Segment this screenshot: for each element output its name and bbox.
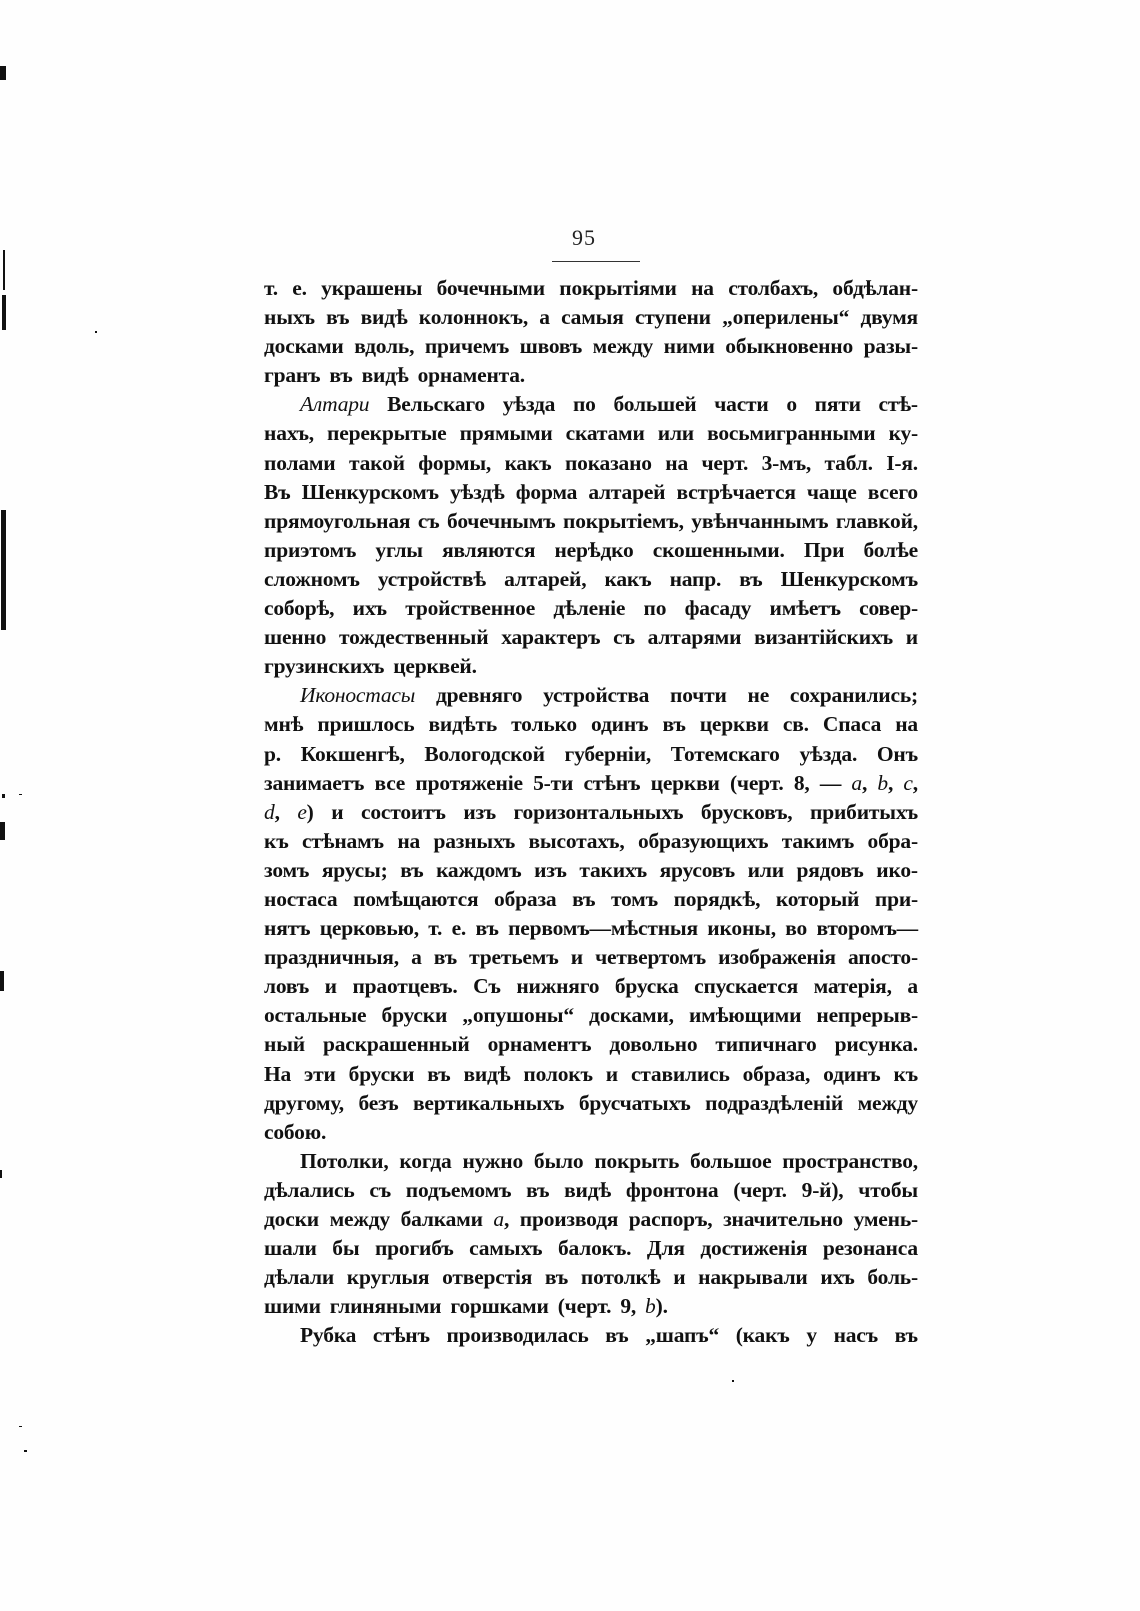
word: шими [264,1292,321,1321]
word: Иконостасы [300,681,415,710]
word: зомъ [264,856,309,885]
word: Шенкурскомъ [781,565,918,594]
word: вдоль, [354,332,414,361]
word: алтарей, [504,565,586,594]
word: соборѣ, [264,594,334,623]
word: матерія, [814,972,892,1001]
word: круглыя [347,1263,430,1292]
word: къ [893,1060,918,1089]
word: украшены [321,274,422,303]
word: характеръ [501,623,600,652]
text-line: Потолки,когданужнобылопокрытьбольшоепрос… [264,1147,918,1176]
text-line: ностасапомѣщаютсяобразавътомъпорядкѣ,кот… [264,885,918,914]
text-line: мнѣпришлосьвидѣтьтолькоодинъвъцерквисв.С… [264,710,918,739]
word: доски [264,1205,319,1234]
word: а [907,972,918,1001]
word: съ [613,623,635,652]
word: Кокшенгѣ, [301,740,405,769]
word: накрывали [698,1263,807,1292]
word: помѣщаются [353,885,478,914]
word: съ [418,507,440,536]
word: апосто- [848,943,918,972]
word: праотцевъ. [352,972,457,1001]
word: имѣетъ [770,594,841,623]
word: церковью, [320,914,419,943]
word: тройственное [405,594,535,623]
word: е. [452,914,467,943]
word: видѣ [564,1176,611,1205]
word: по [573,390,596,419]
text-line: гранъвъвидѣорнамента. [264,361,918,390]
word: I-я. [886,449,918,478]
word: который [776,885,859,914]
word: орнаментъ [488,1030,592,1059]
word: Вельскаго [387,390,485,419]
word: прямыми [460,419,553,448]
word: было [534,1147,584,1176]
text-line: занимаетъвсепротяженіе5-тистѣнъцеркви(че… [264,769,918,798]
word: 8, [794,769,810,798]
word: ихъ [353,594,387,623]
word: видѣ [362,361,409,390]
word: занимаетъ [264,769,364,798]
word: въ [427,1060,450,1089]
scan-artifact [0,1170,2,1178]
text-line: шимиглинянымигоршками(черт.9,b). [264,1292,918,1321]
word: одинъ [591,710,648,739]
text-line: грузинскихъцерквей. [264,652,918,681]
word: досками, [589,1001,674,1030]
word: е. [292,274,307,303]
word: распоръ, [629,1205,713,1234]
word: второмъ— [816,914,917,943]
word: орнамента. [418,361,525,390]
text-line: шалибыпрогибъсамыхъбалокъ.Длядостиженіяр… [264,1234,918,1263]
word: въ [605,1321,628,1350]
scan-artifact [19,794,22,795]
word: видѣ [361,303,408,332]
word: почти [670,681,727,710]
word: сохранились; [790,681,918,710]
word: въ [400,856,423,885]
word: въ [662,710,685,739]
word: покрытіями [559,274,676,303]
text-line: d,e)исостоитъизъгоризонтальныхъбрусковъ,… [264,798,918,827]
word: въ [545,1263,568,1292]
word: Спаса [823,710,881,739]
word: алтарями [648,623,742,652]
word: „шапъ“ [645,1321,719,1350]
word: изъ [463,798,496,827]
word: стѣ- [879,390,918,419]
word: приэтомъ [264,536,356,565]
word: такихъ [579,856,647,885]
word: дѣлали [264,1263,334,1292]
word: или [748,856,784,885]
word: ловъ [264,972,309,1001]
word: а [539,303,550,332]
word: обра- [868,827,918,856]
text-line: приэтомъуглыявляютсянерѣдкоскошенными.Пр… [264,536,918,565]
text-line: Наэтибрускивъвидѣполокъиставилисьобраза,… [264,1060,918,1089]
word: На [264,1060,291,1089]
word: 3-мъ, [762,449,811,478]
word: самыя [561,303,624,332]
word: d, [264,798,280,827]
word: довольно [609,1030,697,1059]
word: 9, [620,1292,636,1321]
word: первомъ—мѣстныя [508,914,698,943]
scan-artifact [0,971,4,991]
text-line: доскимеждубалкамиa,производяраспоръ,знач… [264,1205,918,1234]
word: на [691,274,714,303]
word: ихъ [820,1263,854,1292]
word: разы- [864,332,918,361]
text-line: Иконостасыдревнягоустройствапочтинесохра… [264,681,918,710]
word: потолкѣ [581,1263,661,1292]
word: скошенными. [653,536,785,565]
word: „оперилены“ [722,303,849,332]
word: а [411,943,422,972]
word: такимъ [782,827,854,856]
word: имѣющими [689,1001,801,1030]
word: a, [493,1205,509,1234]
word: и [571,943,583,972]
scan-artifact [732,1380,734,1382]
word: видѣть [429,710,498,739]
word: остальные [264,1001,366,1030]
word: Рубка [300,1321,356,1350]
word: производя [520,1205,618,1234]
word: въ [326,303,349,332]
text-line: нахъ,перекрытыепрямымискатамииливосьмигр… [264,419,918,448]
word: по [644,594,667,623]
word: церквей. [393,652,477,681]
scan-artifact [24,1450,27,1452]
word: увѣнчаннымъ [691,507,828,536]
word: покрытіемъ, [563,507,684,536]
word: Тотемскаго [671,740,780,769]
word: иконы, [707,914,776,943]
word: р. [264,740,281,769]
text-line: ныйраскрашенныйорнаментъдовольнотипичнаг… [264,1030,918,1059]
word: 9-й), [802,1176,844,1205]
word: швовъ [520,332,582,361]
word: углы [375,536,422,565]
word: разныхъ [433,827,515,856]
word: значительно [723,1205,843,1234]
word: главкой, [836,507,918,536]
word: ними [664,332,715,361]
word: ностаса [264,885,337,914]
word: раскрашенный [323,1030,470,1059]
text-line: ныхъвъвидѣколоннокъ,асамыяступени„оперил… [264,303,918,332]
word: (черт. [733,1176,787,1205]
word: ныхъ [264,303,315,332]
word: тождественный [339,623,488,652]
word: и [906,623,918,652]
word: черт. [702,449,749,478]
word: безъ [358,1089,398,1118]
word: рисунка. [835,1030,918,1059]
word: насъ [834,1321,878,1350]
text-line: т.е.украшеныбочечнымипокрытіяминастолбах… [264,274,918,303]
word: уѣзда [503,390,556,419]
word: во [785,914,807,943]
word: достиженія [700,1234,807,1263]
text-line: собою. [264,1118,918,1147]
word: церкви [700,710,769,739]
word: устройства [543,681,649,710]
word: показано [565,449,652,478]
word: восьмигранными [707,419,875,448]
word: ставились [631,1060,730,1089]
word: нятъ [264,914,310,943]
word: встрѣчается [676,478,795,507]
word: шали [264,1234,317,1263]
word: въ [475,914,498,943]
word: на [665,449,688,478]
word: являются [442,536,535,565]
text-line: другому,безъвертикальныхъбрусчатыхъподра… [264,1089,918,1118]
word: мнѣ [264,710,303,739]
word: Алтари [300,390,369,419]
word: между [858,1089,918,1118]
page-number: 95 [572,225,596,251]
word: всего [868,478,918,507]
word: ико- [876,856,918,885]
text-line: дѣлалисьсъподъемомъвъвидѣфронтона(черт.9… [264,1176,918,1205]
word: балокъ. [558,1234,631,1263]
word: Потолки, [300,1147,389,1176]
word: ступени [635,303,711,332]
word: — [820,769,841,798]
word: стѣнъ [583,769,640,798]
word: большое [690,1147,771,1176]
word: вертикальныхъ [413,1089,564,1118]
word: спускается [694,972,798,1001]
word: на [895,710,918,739]
word: въ [526,1176,549,1205]
word: въ [895,1321,918,1350]
word: Вологодской [424,740,544,769]
text-line: ловъипраотцевъ.Сънижнягобрускаспускается… [264,972,918,1001]
text-line: соборѣ,ихътройственноедѣленіепофасадуимѣ… [264,594,918,623]
word: болѣе [864,536,918,565]
word: производилась [446,1321,588,1350]
word: скатами [566,419,645,448]
word: уѣзда. [799,740,857,769]
word: прибитыхъ [810,798,918,827]
word: томъ [611,885,658,914]
word: т. [264,274,278,303]
word: рядовъ [797,856,864,885]
word: бруска [615,972,679,1001]
word: дѣленіе [553,594,625,623]
text-line: сложномъустройствѣалтарей,какънапр.въШен… [264,565,918,594]
word: форма [516,478,578,507]
word: такой [349,449,405,478]
word: устройствѣ [378,565,486,594]
word: формы, [418,449,491,478]
word: a, [851,769,867,798]
word: изъ [534,856,567,885]
word: и [331,798,343,827]
word: изображенія [718,943,836,972]
word: обыкновенно [725,332,853,361]
word: фронтона [626,1176,719,1205]
text-line: доскамивдоль,причемъшвовъмеждунимиобыкно… [264,332,918,361]
word: e) [297,798,313,827]
page-number-rule [552,261,640,262]
word: каждомъ [436,856,521,885]
word: досками [264,332,344,361]
word: двумя [860,303,918,332]
word: въ [572,885,595,914]
word: съ [369,1176,391,1205]
text-line: поламитакойформы,какъпоказаноначерт.3-мъ… [264,449,918,478]
word: бочечными [437,274,545,303]
text-line: зомъярусы;въкаждомъизътакихъярусовъилиря… [264,856,918,885]
word: сложномъ [264,565,360,594]
text-line: прямоугольнаясъбочечнымъпокрытіемъ,увѣнч… [264,507,918,536]
text-line: остальныебруски„опушоны“досками,имѣющими… [264,1001,918,1030]
word: на [397,827,420,856]
text-line: АлтариВельскагоуѣздапобольшейчастиопятис… [264,390,918,419]
text-line: нятъцерковью,т.е.въпервомъ—мѣстныяиконы,… [264,914,918,943]
scan-artifact [95,331,97,333]
word: только [511,710,577,739]
word: ку- [889,419,918,448]
word: нужно [462,1147,523,1176]
word: пришлось [317,710,414,739]
word: колоннокъ, [419,303,528,332]
word: и [325,972,337,1001]
word: покрыть [594,1147,679,1176]
word: пяти [815,390,861,419]
word: образующихъ [638,827,768,856]
word: полокъ [523,1060,592,1089]
word: столбахъ, [728,274,818,303]
word: „опушоны“ [462,1001,574,1030]
scan-artifact [1,510,6,630]
word: фасаду [685,594,752,623]
word: бы [332,1234,359,1263]
scan-artifact [2,794,5,798]
word: Шенкурскомъ [302,478,439,507]
word: Онъ [877,740,918,769]
word: св. [783,710,809,739]
word: шенно [264,623,326,652]
text-line: р.Кокшенгѣ,Вологодскойгуберніи,Тотемскаг… [264,740,918,769]
word: Для [647,1234,685,1263]
word: обдѣлан- [832,274,918,303]
word: состоитъ [361,798,446,827]
word: въ [739,565,762,594]
word: При [804,536,844,565]
word: при- [875,885,918,914]
word: типичнаго [715,1030,816,1059]
word: нахъ, [264,419,314,448]
word: балками [401,1205,483,1234]
scan-artifact [0,66,6,80]
scanned-page: 95 т.е.украшеныбочечнымипокрытіяминастол… [0,0,1140,1611]
word: къ [264,827,289,856]
text-line: Рубкастѣнъпроизводиласьвъ„шапъ“(какъунас… [264,1321,918,1350]
word: нижняго [516,972,599,1001]
word: протяженіе [415,769,522,798]
word: прямоугольная [264,507,410,536]
word: чтобы [858,1176,918,1205]
word: о [786,390,797,419]
text-line: ВъШенкурскомъуѣздѣформаалтарейвстрѣчаетс… [264,478,918,507]
word: грузинскихъ [264,652,384,681]
word: Съ [473,972,501,1001]
word: въ [434,943,457,972]
word: или [658,419,694,448]
word: совер- [859,594,918,623]
word: b). [645,1292,668,1321]
word: третьемъ [469,943,558,972]
word: (черт. [558,1292,612,1321]
word: части [714,390,768,419]
word: между [330,1205,390,1234]
word: церкви [651,769,720,798]
word: ный [264,1030,305,1059]
scan-artifact [19,1426,22,1427]
word: c, [903,769,918,798]
word: 5-ти [533,769,573,798]
word: причемъ [425,332,509,361]
text-line: къстѣнамънаразныхъвысотахъ,образующихъта… [264,827,918,856]
word: бочечнымъ [447,507,555,536]
word: и [673,1263,685,1292]
word: непрерыв- [816,1001,918,1030]
word: табл. [825,449,873,478]
word: дѣлались [264,1176,355,1205]
word: другому, [264,1089,344,1118]
word: стѣнъ [373,1321,430,1350]
word: какъ [605,565,652,594]
word: видѣ [463,1060,510,1089]
word: бруски [349,1060,415,1089]
word: напр. [670,565,722,594]
word: какъ [505,449,552,478]
text-line: праздничныя,авътретьемъичетвертомъизобра… [264,943,918,972]
word: одинъ [823,1060,880,1089]
word: когда [399,1147,451,1176]
word: боль- [867,1263,918,1292]
word: четвертомъ [595,943,706,972]
word: собою. [264,1118,326,1147]
scan-artifact [2,295,6,330]
word: (какъ [736,1321,790,1350]
word: древняго [436,681,522,710]
word: глиняными [330,1292,442,1321]
word: горшками [450,1292,548,1321]
word: т. [428,914,442,943]
word: эти [304,1060,336,1089]
word: бруски [382,1001,448,1030]
word: брусчатыхъ [579,1089,691,1118]
word: алтарей [588,478,665,507]
word: ярусы; [322,856,388,885]
word: полами [264,449,336,478]
word: губерніи, [565,740,652,769]
word: и [606,1060,618,1089]
word: гранъ [264,361,320,390]
word: (черт. [730,769,784,798]
